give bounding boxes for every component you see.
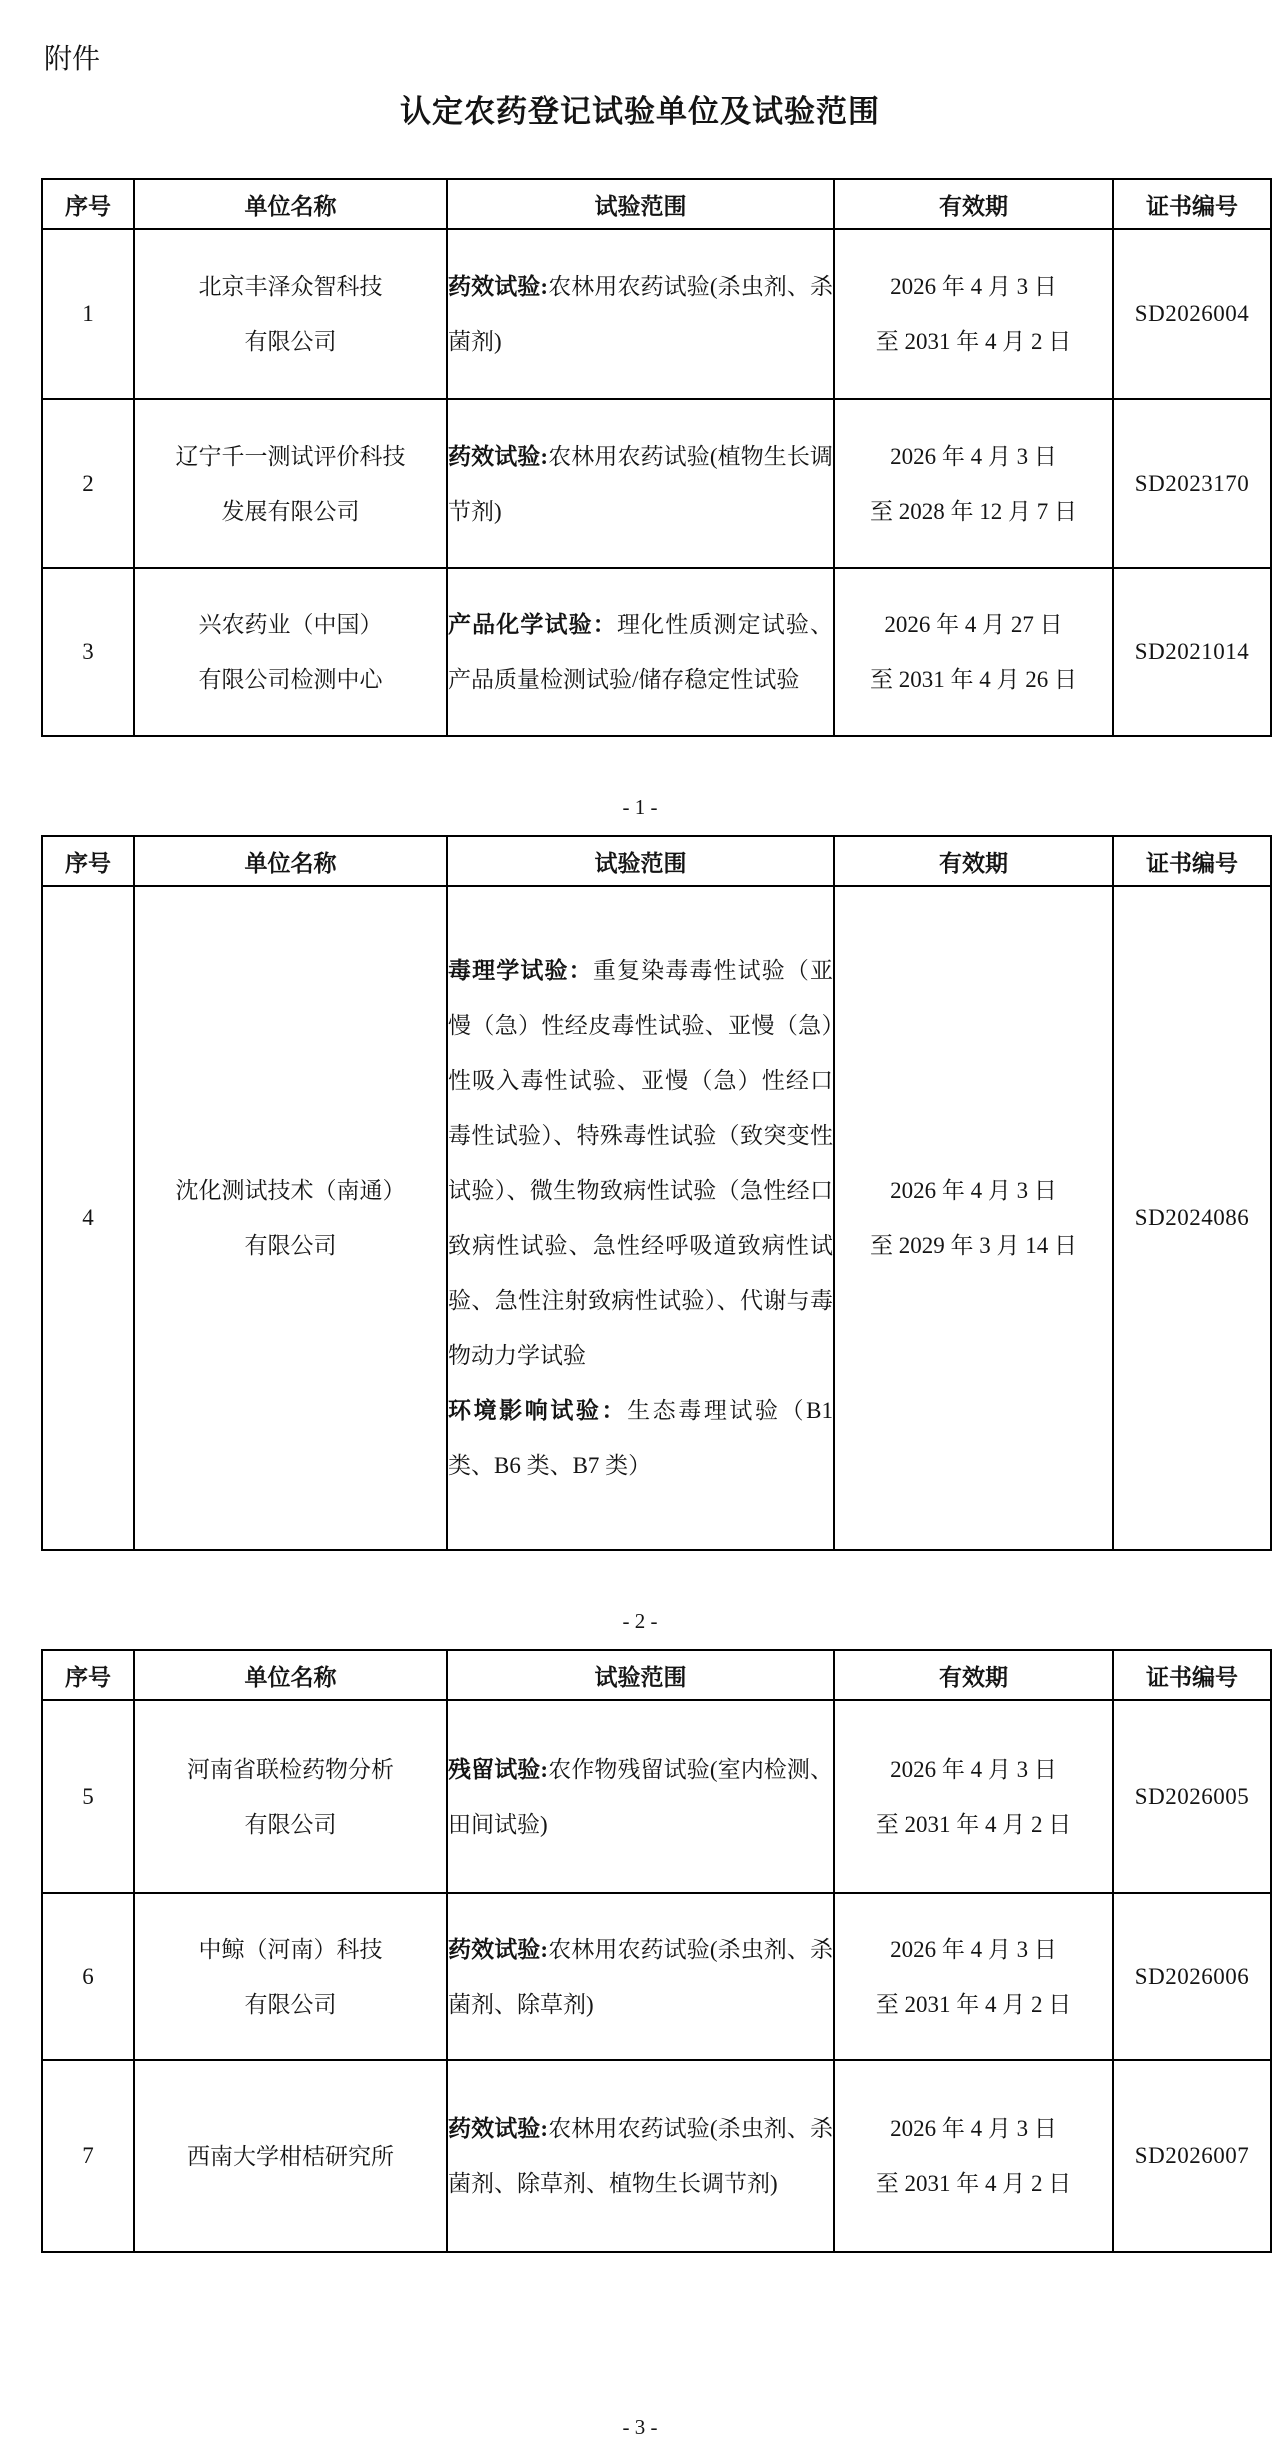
scope-cell: 产品化学试验：理化性质测定试验、产品质量检测试验/储存稳定性试验 — [447, 568, 834, 736]
scope-cell: 残留试验:农作物残留试验(室内检测、田间试验) — [447, 1700, 834, 1893]
scope-category-label: 药效试验: — [448, 2116, 548, 2141]
col-header-unit: 单位名称 — [134, 179, 447, 229]
table-row: 5 河南省联检药物分析 有限公司 残留试验:农作物残留试验(室内检测、田间试验)… — [42, 1700, 1271, 1893]
table-row: 6 中鲸（河南）科技 有限公司 药效试验:农林用农药试验(杀虫剂、杀菌剂、除草剂… — [42, 1893, 1271, 2060]
col-header-certificate: 证书编号 — [1113, 179, 1271, 229]
validity-cell: 2026 年 4 月 27 日 至 2031 年 4 月 26 日 — [834, 568, 1113, 736]
col-header-scope: 试验范围 — [447, 179, 834, 229]
scope-category-label: 药效试验: — [448, 1937, 548, 1962]
scope-cell: 毒理学试验：重复染毒毒性试验（亚慢（急）性经皮毒性试验、亚慢（急）性吸入毒性试验… — [447, 886, 834, 1550]
col-header-validity: 有效期 — [834, 179, 1113, 229]
col-header-index: 序号 — [42, 1650, 134, 1700]
unit-name-cell: 辽宁千一测试评价科技 发展有限公司 — [134, 399, 447, 568]
col-header-index: 序号 — [42, 836, 134, 886]
unit-name-cell: 西南大学柑桔研究所 — [134, 2060, 447, 2252]
col-header-certificate: 证书编号 — [1113, 836, 1271, 886]
col-header-validity: 有效期 — [834, 836, 1113, 886]
col-header-index: 序号 — [42, 179, 134, 229]
table-row: 3 兴农药业（中国） 有限公司检测中心 产品化学试验：理化性质测定试验、产品质量… — [42, 568, 1271, 736]
accreditation-table-1: 序号 单位名称 试验范围 有效期 证书编号 1 北京丰泽众智科技 有限公司 药效… — [41, 178, 1272, 737]
validity-cell: 2026 年 4 月 3 日 至 2031 年 4 月 2 日 — [834, 1893, 1113, 2060]
certificate-cell: SD2024086 — [1113, 886, 1271, 1550]
unit-name-cell: 河南省联检药物分析 有限公司 — [134, 1700, 447, 1893]
validity-cell: 2026 年 4 月 3 日 至 2028 年 12 月 7 日 — [834, 399, 1113, 568]
header-row: 序号 单位名称 试验范围 有效期 证书编号 — [42, 836, 1271, 886]
accreditation-table-2: 序号 单位名称 试验范围 有效期 证书编号 4 沈化测试技术（南通） 有限公司 … — [41, 835, 1272, 1551]
row-index: 7 — [42, 2060, 134, 2252]
page-number: - 3 - — [0, 2413, 1280, 2441]
certificate-cell: SD2026006 — [1113, 1893, 1271, 2060]
table-row: 2 辽宁千一测试评价科技 发展有限公司 药效试验:农林用农药试验(植物生长调节剂… — [42, 399, 1271, 568]
scope-category-label: 产品化学试验： — [448, 612, 617, 637]
certificate-cell: SD2026004 — [1113, 229, 1271, 399]
header-row: 序号 单位名称 试验范围 有效期 证书编号 — [42, 179, 1271, 229]
validity-cell: 2026 年 4 月 3 日 至 2029 年 3 月 14 日 — [834, 886, 1113, 1550]
row-index: 3 — [42, 568, 134, 736]
row-index: 4 — [42, 886, 134, 1550]
scope-category-label: 残留试验: — [448, 1757, 548, 1782]
validity-cell: 2026 年 4 月 3 日 至 2031 年 4 月 2 日 — [834, 2060, 1113, 2252]
col-header-unit: 单位名称 — [134, 836, 447, 886]
col-header-unit: 单位名称 — [134, 1650, 447, 1700]
page-number: - 2 - — [0, 1607, 1280, 1635]
table-row: 7 西南大学柑桔研究所 药效试验:农林用农药试验(杀虫剂、杀菌剂、除草剂、植物生… — [42, 2060, 1271, 2252]
document-page: 附件 认定农药登记试验单位及试验范围 序号 单位名称 试验范围 有效期 证书编号… — [0, 0, 1280, 2441]
validity-cell: 2026 年 4 月 3 日 至 2031 年 4 月 2 日 — [834, 229, 1113, 399]
page-title: 认定农药登记试验单位及试验范围 — [0, 92, 1280, 132]
validity-cell: 2026 年 4 月 3 日 至 2031 年 4 月 2 日 — [834, 1700, 1113, 1893]
page-number: - 1 - — [0, 793, 1280, 821]
table-row: 4 沈化测试技术（南通） 有限公司 毒理学试验：重复染毒毒性试验（亚慢（急）性经… — [42, 886, 1271, 1550]
header-row: 序号 单位名称 试验范围 有效期 证书编号 — [42, 1650, 1271, 1700]
certificate-cell: SD2026005 — [1113, 1700, 1271, 1893]
scope-category-label: 药效试验: — [448, 274, 548, 299]
col-header-scope: 试验范围 — [447, 1650, 834, 1700]
row-index: 5 — [42, 1700, 134, 1893]
row-index: 1 — [42, 229, 134, 399]
scope-cell: 药效试验:农林用农药试验(杀虫剂、杀菌剂、除草剂、植物生长调节剂) — [447, 2060, 834, 2252]
attachment-label: 附件 — [44, 42, 1280, 78]
col-header-validity: 有效期 — [834, 1650, 1113, 1700]
certificate-cell: SD2023170 — [1113, 399, 1271, 568]
unit-name-cell: 沈化测试技术（南通） 有限公司 — [134, 886, 447, 1550]
row-index: 6 — [42, 1893, 134, 2060]
scope-category-label: 环境影响试验： — [448, 1398, 627, 1423]
scope-category-label: 药效试验: — [448, 444, 548, 469]
certificate-cell: SD2021014 — [1113, 568, 1271, 736]
scope-text: 重复染毒毒性试验（亚慢（急）性经皮毒性试验、亚慢（急）性吸入毒性试验、亚慢（急）… — [448, 958, 833, 1368]
scope-cell: 药效试验:农林用农药试验(植物生长调节剂) — [447, 399, 834, 568]
table-row: 1 北京丰泽众智科技 有限公司 药效试验:农林用农药试验(杀虫剂、杀菌剂) 20… — [42, 229, 1271, 399]
scope-cell: 药效试验:农林用农药试验(杀虫剂、杀菌剂、除草剂) — [447, 1893, 834, 2060]
accreditation-table-3: 序号 单位名称 试验范围 有效期 证书编号 5 河南省联检药物分析 有限公司 残… — [41, 1649, 1272, 2253]
unit-name-cell: 兴农药业（中国） 有限公司检测中心 — [134, 568, 447, 736]
unit-name-cell: 中鲸（河南）科技 有限公司 — [134, 1893, 447, 2060]
col-header-certificate: 证书编号 — [1113, 1650, 1271, 1700]
col-header-scope: 试验范围 — [447, 836, 834, 886]
certificate-cell: SD2026007 — [1113, 2060, 1271, 2252]
unit-name-cell: 北京丰泽众智科技 有限公司 — [134, 229, 447, 399]
scope-cell: 药效试验:农林用农药试验(杀虫剂、杀菌剂) — [447, 229, 834, 399]
row-index: 2 — [42, 399, 134, 568]
scope-category-label: 毒理学试验： — [448, 958, 593, 983]
